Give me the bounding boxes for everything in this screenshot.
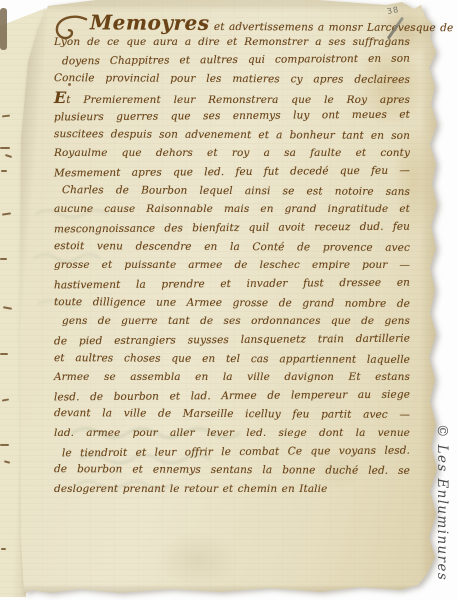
manuscript-line: grosse et puissante armee de leschec emp…	[54, 256, 410, 275]
manuscript-line: suscitees despuis son advenement et a bo…	[54, 125, 410, 146]
manuscript-line: et aultres choses que en tel cas apparti…	[54, 349, 410, 370]
manuscript-line: Concile provincial pour les matieres cy …	[54, 69, 410, 90]
heading-word: Memoyres	[90, 10, 210, 35]
manuscript-line: devant la ville de Marseille icelluy feu…	[54, 405, 410, 426]
manuscript-line: mescongnoissance des bienfaitz quil avoi…	[54, 218, 410, 239]
manuscript-line: Royaulme que dehors et roy a sa faulte e…	[54, 144, 410, 163]
manuscript-line: doyens Chappitres et aultres qui comparo…	[54, 50, 410, 71]
manuscript-line: Lyon de ce que aura a dire et Remonstrer…	[54, 33, 410, 52]
manuscript-line: Mesmement apres que led. feu fut decedé …	[54, 162, 410, 183]
manuscript-line: lad. armee pour aller lever led. siege d…	[54, 424, 410, 443]
manuscript-line: de pied estrangiers suysses lansquenetz …	[54, 329, 410, 350]
manuscript-line: gens de guerre tant de ses ordonnances q…	[54, 312, 410, 331]
manuscript-line: toute dilligence une Armee grosse de gra…	[54, 293, 410, 314]
manuscript-line: plusieurs guerres que ses ennemys luy on…	[54, 106, 410, 127]
manuscript-photo: 38 Memoyres et advertissemens a monsr La…	[0, 0, 457, 600]
manuscript-text-block: Memoyres et advertissemens a monsr Larce…	[54, 14, 410, 499]
manuscript-line: hastivement la prendre et invader fust d…	[54, 274, 410, 295]
manuscript-line: Charles de Bourbon lequel ainsi se est n…	[54, 181, 410, 202]
manuscript-line: aucune cause Raisonnable mais en grand i…	[54, 200, 410, 219]
heading-rest: et advertissemens a monsr Larcevesque de	[214, 21, 453, 34]
manuscript-line: de bourbon et ennemys sentans la bonne d…	[54, 460, 410, 481]
manuscript-heading-line: Memoyres et advertissemens a monsr Larce…	[54, 13, 410, 34]
manuscript-line: estoit venu descendre en la Conté de pro…	[54, 237, 410, 258]
manuscript-line: deslogerent prenant le retour et chemin …	[54, 480, 410, 499]
flourish-icon	[54, 15, 88, 41]
manuscript-line: Et Premierement leur Remonstrera que le …	[54, 89, 410, 108]
photo-credit: © Les Enluminures	[434, 424, 450, 596]
manuscript-line: Armee se assembla en la ville davignon E…	[54, 368, 410, 387]
